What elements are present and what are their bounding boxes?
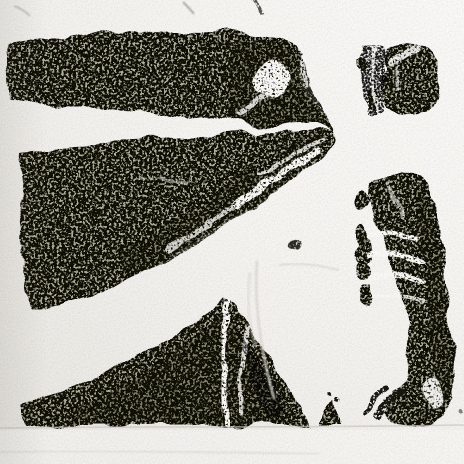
- paper-grain: [0, 0, 464, 464]
- artwork-canvas: [0, 0, 464, 464]
- left-vignette: [0, 0, 48, 464]
- monoprint-artwork: [0, 0, 464, 464]
